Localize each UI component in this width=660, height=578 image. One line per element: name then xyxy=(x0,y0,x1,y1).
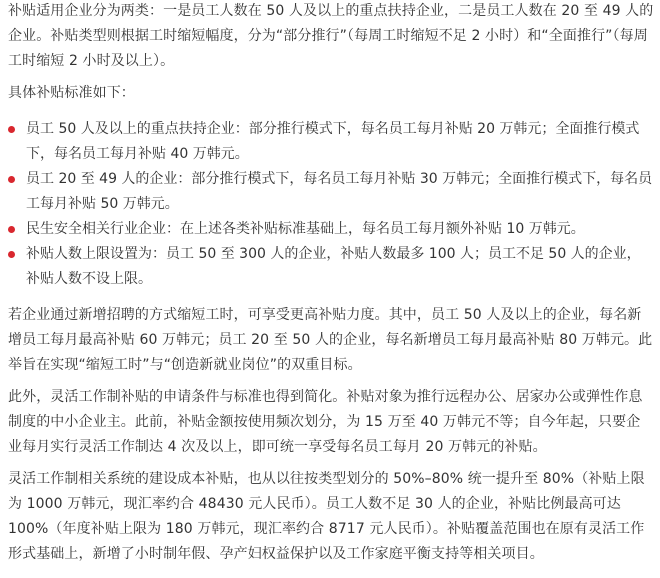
standards-heading: 具体补贴标准如下： xyxy=(8,81,654,106)
subsidy-standards-list: 员工 50 人及以上的重点扶持企业：部分推行模式下，每名员工每月补贴 20 万韩… xyxy=(8,117,654,292)
new-hire-paragraph: 若企业通过新增招聘的方式缩短工时，可享受更高补贴力度。其中，员工 50 人及以上… xyxy=(8,303,654,378)
bullet-icon xyxy=(8,126,15,133)
list-item-text: 员工 20 至 49 人的企业：部分推行模式下，每名员工每月补贴 30 万韩元；… xyxy=(26,171,652,212)
list-item: 民生安全相关行业企业：在上述各类补贴标准基础上，每名员工每月额外补贴 10 万韩… xyxy=(8,217,654,242)
bullet-icon xyxy=(8,226,15,233)
flexible-work-paragraph: 此外，灵活工作制补贴的申请条件与标准也得到简化。补贴对象为推行远程办公、居家办公… xyxy=(8,385,654,460)
list-item: 员工 50 人及以上的重点扶持企业：部分推行模式下，每名员工每月补贴 20 万韩… xyxy=(8,117,654,167)
list-item: 补贴人数上限设置为：员工 50 至 300 人的企业，补贴人数最多 100 人；… xyxy=(8,242,654,292)
bullet-icon xyxy=(8,176,15,183)
intro-paragraph: 补贴适用企业分为两类：一是员工人数在 50 人及以上的重点扶持企业，二是员工人数… xyxy=(8,0,654,74)
list-item-text: 民生安全相关行业企业：在上述各类补贴标准基础上，每名员工每月额外补贴 10 万韩… xyxy=(26,221,585,237)
list-item-text: 补贴人数上限设置为：员工 50 至 300 人的企业，补贴人数最多 100 人；… xyxy=(26,246,641,287)
bullet-icon xyxy=(8,251,15,258)
list-item-text: 员工 50 人及以上的重点扶持企业：部分推行模式下，每名员工每月补贴 20 万韩… xyxy=(26,121,639,162)
system-cost-paragraph: 灵活工作制相关系统的建设成本补贴，也从以往按类型划分的 50%–80% 统一提升… xyxy=(8,467,654,567)
list-item: 员工 20 至 49 人的企业：部分推行模式下，每名员工每月补贴 30 万韩元；… xyxy=(8,167,654,217)
article-body: 补贴适用企业分为两类：一是员工人数在 50 人及以上的重点扶持企业，二是员工人数… xyxy=(0,0,660,567)
